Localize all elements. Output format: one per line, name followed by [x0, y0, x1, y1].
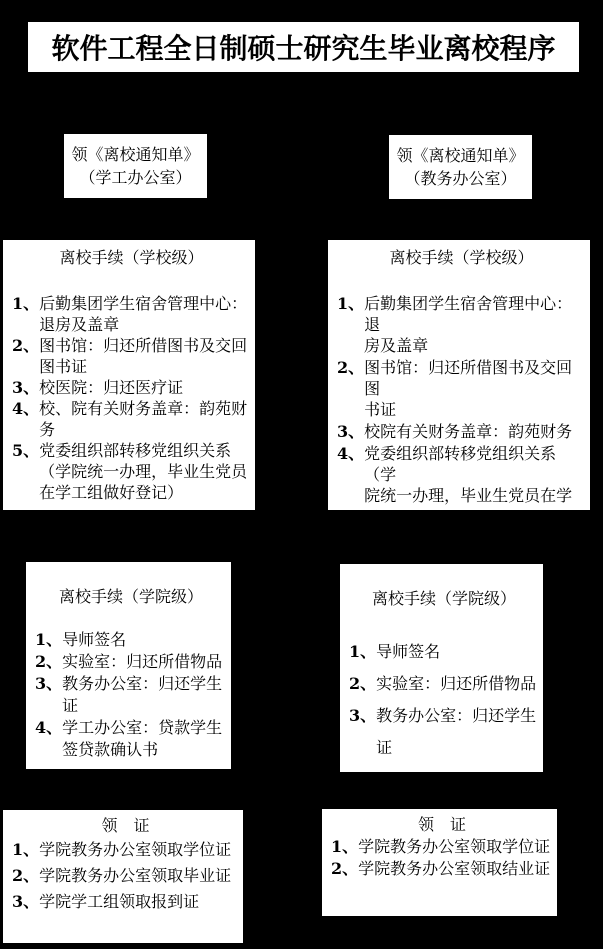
procedure-list: 1、 导师签名 2、 实验室：归还所借物品 3、 教务办公室：归还学生 证	[349, 636, 539, 764]
item-number: 2、	[12, 335, 39, 356]
left-school-procedures-box: 离校手续（学校级） 1、 后勤集团学生宿舍管理中心： 退房及盖章 2、 图书馆：…	[3, 240, 255, 510]
item-text: 实验室：归还所借物品	[62, 651, 227, 673]
box-heading: 离校手续（学校级）	[337, 247, 586, 268]
left-notice-box: 领《离校通知单》 （学工办公室）	[64, 134, 207, 198]
right-notice-box: 领《离校通知单》 （教务办公室）	[389, 135, 532, 199]
right-college-procedures-box: 离校手续（学院级） 1、 导师签名 2、 实验室：归还所借物品 3、 教务办公室…	[340, 564, 543, 772]
notice-line: 领《离校通知单》	[396, 144, 524, 167]
procedure-list: 1、 导师签名 2、 实验室：归还所借物品 3、 教务办公室：归还学生 证 4、…	[35, 629, 227, 761]
box-heading: 领 证	[12, 815, 239, 837]
list-item: 2、 图书馆：归还所借图书及交回 图书证	[12, 335, 251, 377]
right-certificates-box: 领 证 1、 学院教务办公室领取学位证 2、 学院教务办公室领取结业证	[322, 809, 557, 916]
list-item: 3、 校院有关财务盖章：韵苑财务	[337, 421, 586, 442]
list-item: 2、 学院教务办公室领取毕业证	[12, 863, 239, 889]
list-item: 2、 实验室：归还所借物品	[35, 651, 227, 673]
item-text: 学院教务办公室领取结业证	[358, 858, 553, 880]
item-number: 3、	[12, 377, 39, 398]
item-number: 1、	[337, 293, 364, 314]
page-title: 软件工程全日制硕士研究生毕业离校程序	[28, 22, 579, 72]
procedure-list: 1、 学院教务办公室领取学位证 2、 学院教务办公室领取毕业证 3、 学院学工组…	[12, 837, 239, 915]
item-number: 2、	[12, 863, 39, 889]
list-item: 3、 学院学工组领取报到证	[12, 889, 239, 915]
list-item: 3、 教务办公室：归还学生 证	[35, 673, 227, 717]
item-number: 4、	[337, 443, 364, 464]
procedure-list: 1、 学院教务办公室领取学位证 2、 学院教务办公室领取结业证	[331, 836, 553, 880]
item-text: 教务办公室：归还学生 证	[376, 700, 539, 764]
item-number: 3、	[35, 673, 62, 695]
item-text: 教务办公室：归还学生 证	[62, 673, 227, 717]
list-item: 3、 教务办公室：归还学生 证	[349, 700, 539, 764]
item-number: 4、	[12, 398, 39, 419]
list-item: 1、 后勤集团学生宿舍管理中心： 退房及盖章	[12, 293, 251, 335]
item-number: 3、	[349, 700, 376, 732]
item-text: 学院学工组领取报到证	[39, 889, 239, 915]
item-number: 3、	[337, 421, 364, 442]
list-item: 2、 学院教务办公室领取结业证	[331, 858, 553, 880]
item-number: 2、	[35, 651, 62, 673]
item-number: 2、	[331, 858, 358, 880]
item-text: 后勤集团学生宿舍管理中心： 退房及盖章	[39, 293, 251, 335]
box-heading: 离校手续（学院级）	[349, 588, 539, 610]
list-item: 4、 校、院有关财务盖章：韵苑财 务	[12, 398, 251, 440]
item-text: 后勤集团学生宿舍管理中心：退 房及盖章	[364, 293, 586, 356]
list-item: 1、 学院教务办公室领取学位证	[12, 837, 239, 863]
left-college-procedures-box: 离校手续（学院级） 1、 导师签名 2、 实验室：归还所借物品 3、 教务办公室…	[26, 562, 231, 769]
item-text: 党委组织部转移党组织关系（学 院统一办理，毕业生党员在学工 组做好登记）	[364, 443, 586, 548]
list-item: 1、 导师签名	[349, 636, 539, 668]
list-item: 2、 图书馆：归还所借图书及交回图 书证	[337, 357, 586, 420]
item-number: 2、	[349, 668, 376, 700]
item-text: 学院教务办公室领取毕业证	[39, 863, 239, 889]
notice-line: （教务办公室）	[404, 167, 516, 190]
list-item: 5、 党委组织部转移党组织关系 （学院统一办理，毕业生党员 在学工组做好登记）	[12, 440, 251, 503]
item-text: 学院教务办公室领取学位证	[39, 837, 239, 863]
right-school-procedures-box: 离校手续（学校级） 1、 后勤集团学生宿舍管理中心：退 房及盖章 2、 图书馆：…	[328, 240, 590, 510]
item-text: 图书馆：归还所借图书及交回图 书证	[364, 357, 586, 420]
item-text: 学工办公室：贷款学生 签贷款确认书	[62, 717, 227, 761]
box-heading: 离校手续（学校级）	[12, 247, 251, 268]
item-text: 学院教务办公室领取学位证	[358, 836, 553, 858]
item-text: 图书馆：归还所借图书及交回 图书证	[39, 335, 251, 377]
item-number: 1、	[12, 837, 39, 863]
item-number: 1、	[12, 293, 39, 314]
list-item: 1、 学院教务办公室领取学位证	[331, 836, 553, 858]
notice-line: 领《离校通知单》	[71, 143, 199, 166]
list-item: 1、 导师签名	[35, 629, 227, 651]
item-number: 1、	[35, 629, 62, 651]
left-certificates-box: 领 证 1、 学院教务办公室领取学位证 2、 学院教务办公室领取毕业证 3、 学…	[3, 810, 243, 943]
notice-line: （学工办公室）	[79, 166, 191, 189]
list-item: 4、 学工办公室：贷款学生 签贷款确认书	[35, 717, 227, 761]
list-item: 1、 后勤集团学生宿舍管理中心：退 房及盖章	[337, 293, 586, 356]
procedure-list: 1、 后勤集团学生宿舍管理中心： 退房及盖章 2、 图书馆：归还所借图书及交回 …	[12, 293, 251, 503]
procedure-list: 1、 后勤集团学生宿舍管理中心：退 房及盖章 2、 图书馆：归还所借图书及交回图…	[337, 293, 586, 548]
list-item: 2、 实验室：归还所借物品	[349, 668, 539, 700]
item-number: 2、	[337, 357, 364, 378]
list-item: 3、 校医院：归还医疗证	[12, 377, 251, 398]
item-text: 校医院：归还医疗证	[39, 377, 251, 398]
item-number: 5、	[12, 440, 39, 461]
item-number: 1、	[331, 836, 358, 858]
item-text: 校、院有关财务盖章：韵苑财 务	[39, 398, 251, 440]
list-item: 4、 党委组织部转移党组织关系（学 院统一办理，毕业生党员在学工 组做好登记）	[337, 443, 586, 548]
item-number: 3、	[12, 889, 39, 915]
box-heading: 离校手续（学院级）	[35, 586, 227, 608]
item-text: 导师签名	[62, 629, 227, 651]
item-number: 1、	[349, 636, 376, 668]
item-text: 实验室：归还所借物品	[376, 668, 539, 700]
item-text: 校院有关财务盖章：韵苑财务	[364, 421, 586, 442]
item-number: 4、	[35, 717, 62, 739]
item-text: 党委组织部转移党组织关系 （学院统一办理，毕业生党员 在学工组做好登记）	[39, 440, 251, 503]
flowchart-canvas: 软件工程全日制硕士研究生毕业离校程序 领《离校通知单》 （学工办公室） 领《离校…	[0, 0, 603, 949]
item-text: 导师签名	[376, 636, 539, 668]
box-heading: 领 证	[331, 814, 553, 836]
